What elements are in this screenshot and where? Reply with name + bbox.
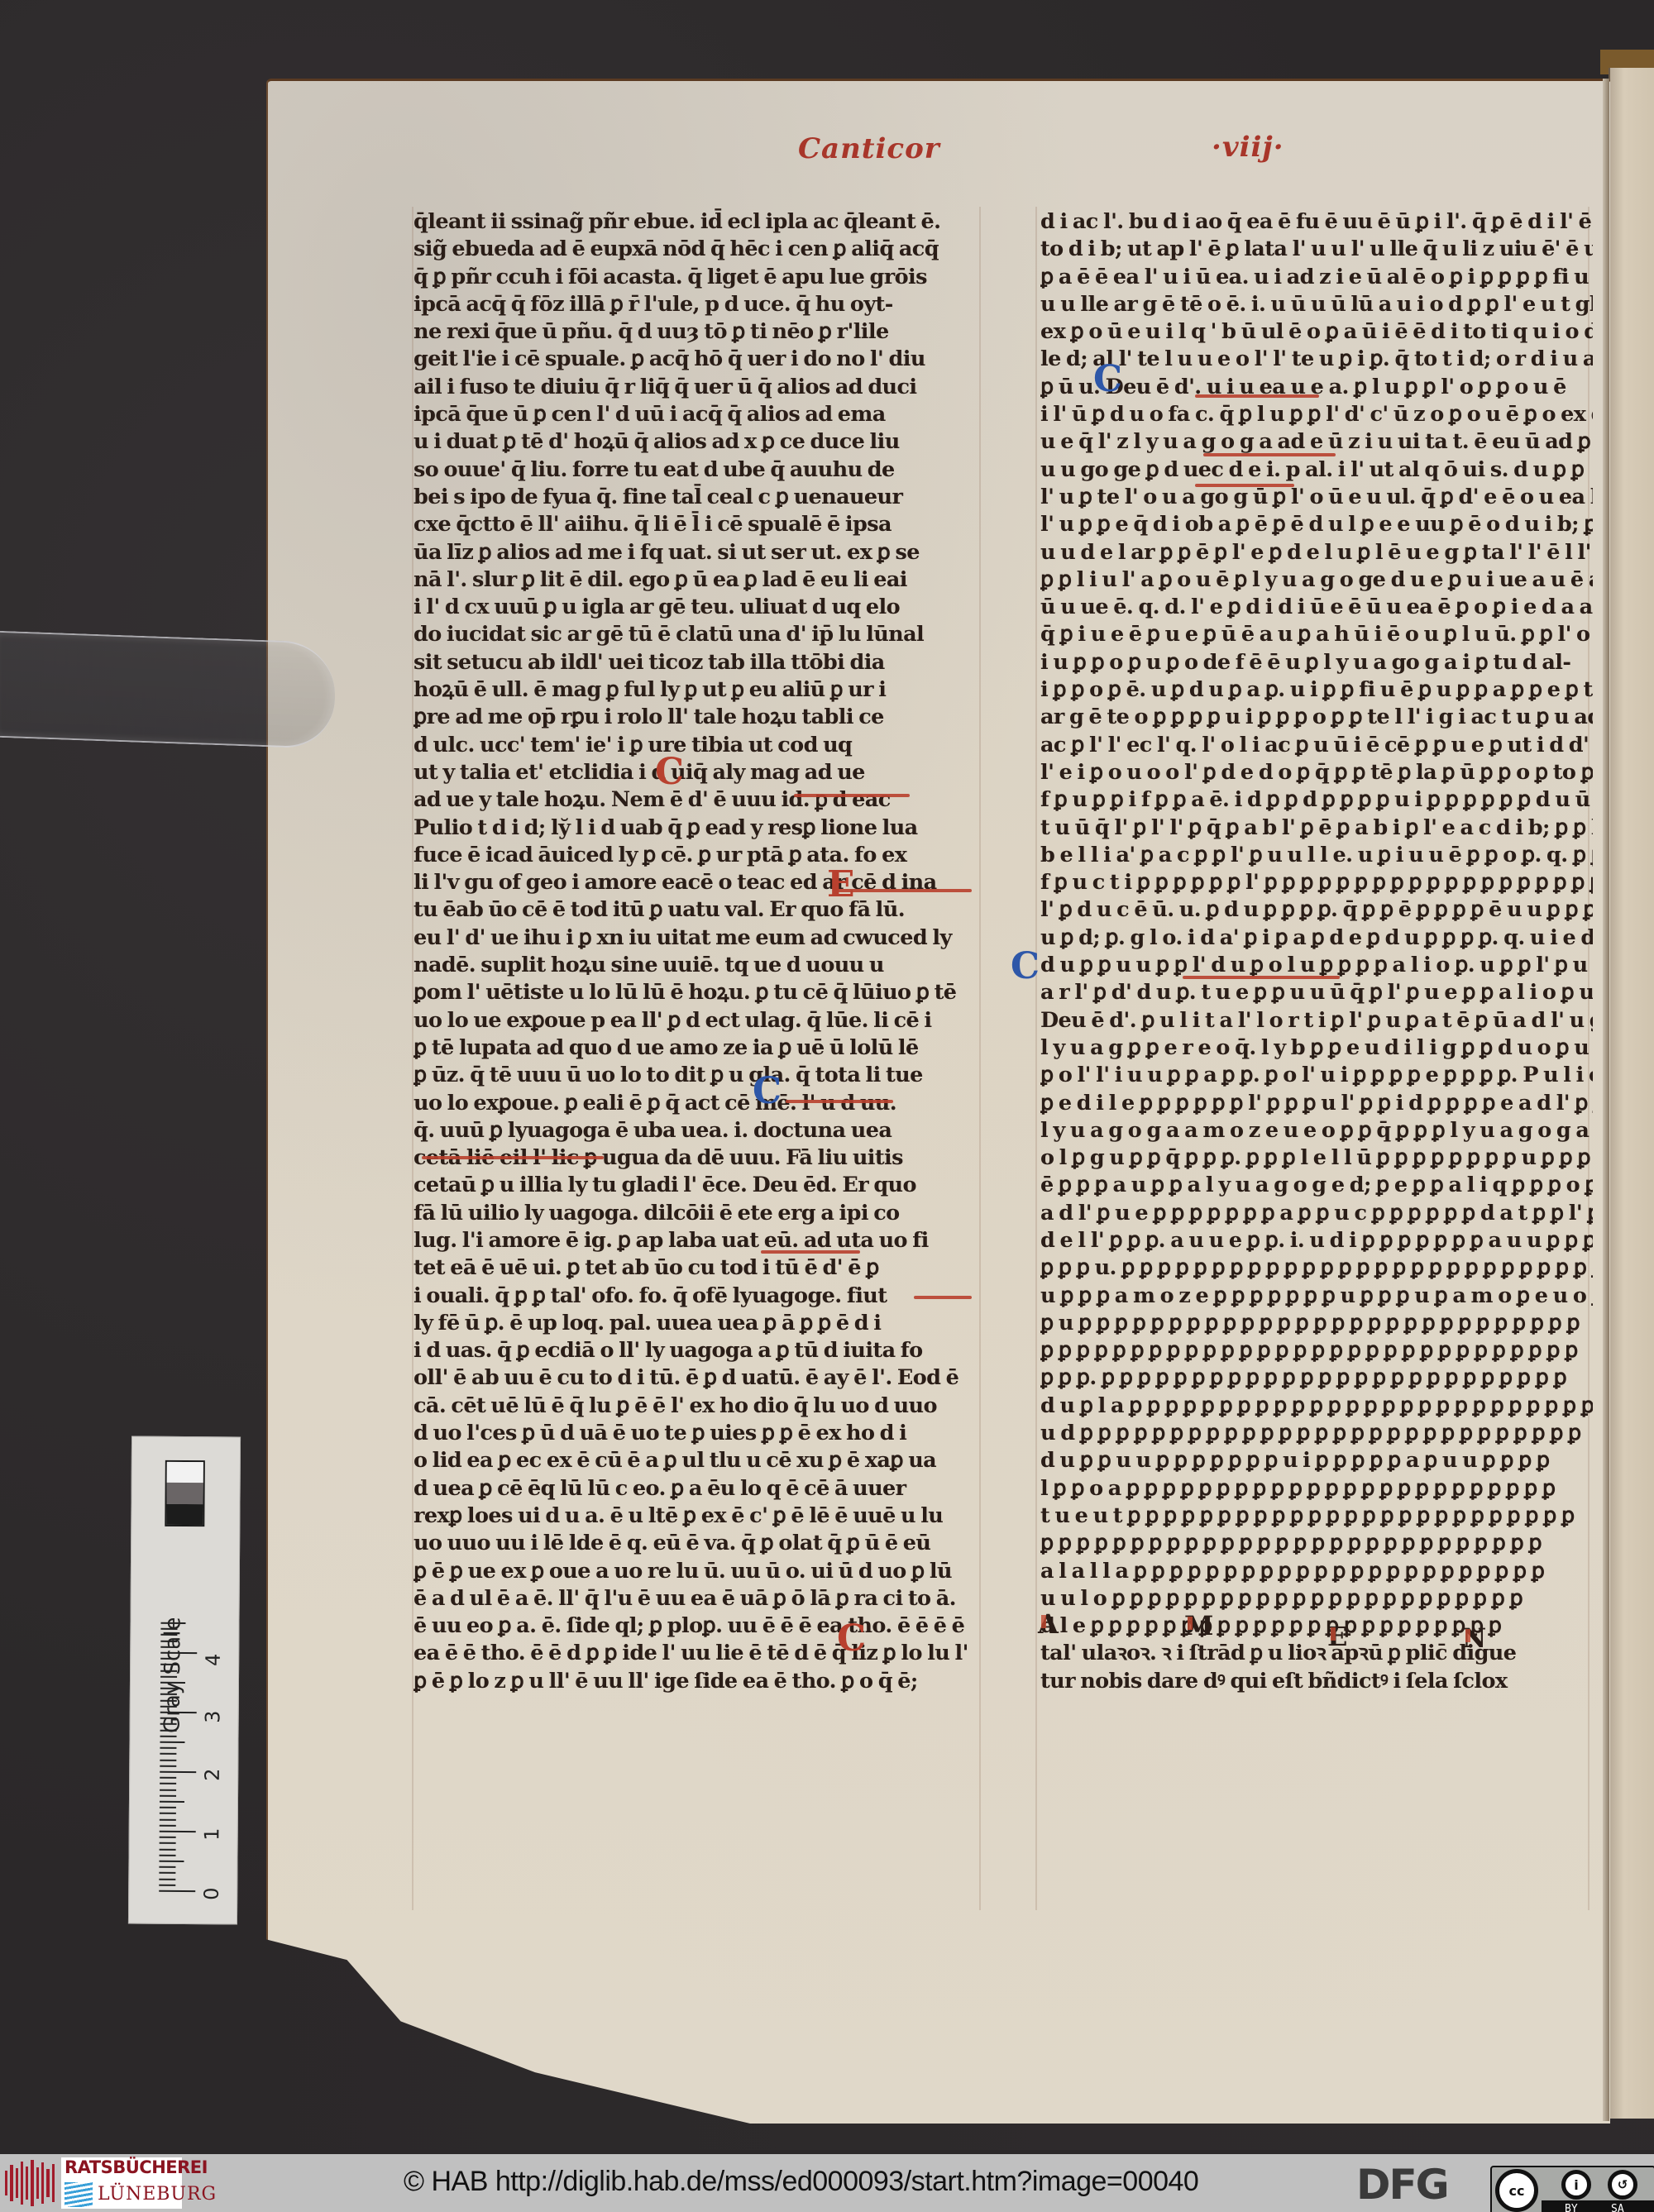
initial-red: E bbox=[827, 867, 855, 903]
folio-number: ·viij· bbox=[1212, 131, 1284, 164]
ruler-tick bbox=[160, 1676, 177, 1678]
manuscript-line: so ouue' q̄ liu. forre tu eat d ube q̄ a… bbox=[413, 456, 984, 484]
manuscript-line: t u ū q̄ l' ꝑ l' l' ꝑ q̄ ꝑ a b l' ꝑ ē ꝑ … bbox=[1040, 815, 1593, 842]
ruler-tick bbox=[160, 1706, 177, 1708]
manuscript-line: d uea ꝑ cē ēq lū lū c eo. ꝑ a ēu lo q ē … bbox=[413, 1475, 984, 1503]
rubric-underline bbox=[1203, 453, 1336, 456]
manuscript-line: i l' d cx uuū ꝑ u igla ar gē teu. uliuat… bbox=[413, 594, 984, 621]
ruler-tick bbox=[160, 1694, 177, 1695]
manuscript-line: le d; al l' te l u u e o l' l' te u ꝑ i … bbox=[1040, 346, 1593, 373]
ruler-mark: 0 bbox=[200, 1887, 223, 1899]
manuscript-line: u u lle ar g ē tē o ē. i. u ū u ū lū a u… bbox=[1040, 291, 1593, 318]
ratsbuecherei-logo[interactable]: RATSBÜCHEREI LÜNEBURG bbox=[61, 2157, 182, 2209]
cc-by-sa-license-badge[interactable]: cc i ↺ BY SA bbox=[1490, 2166, 1654, 2212]
manuscript-line: hoꝝū ē ull. ē mag ꝑ ful ly ꝑ ut ꝑ eu ali… bbox=[413, 676, 984, 704]
manuscript-line: ꝑ ē ꝑ lo z ꝑ u ll' ē uu ll' ige ſide ea … bbox=[413, 1668, 984, 1695]
manuscript-line: ar g ē te o ꝑ ꝑ ꝑ ꝑ u i ꝑ ꝑ ꝑ o ꝑ ꝑ te l… bbox=[1040, 704, 1593, 731]
manuscript-line: l' ꝑ d u c ē ū. u. ꝑ d u ꝑ ꝑ ꝑ ꝑ. q̄ ꝑ ꝑ… bbox=[1040, 896, 1593, 924]
manuscript-line: ꝑ ꝑ l i u l' a ꝑ o u ē ꝑ l y u a g o ge … bbox=[1040, 566, 1593, 594]
manuscript-line: l' u ꝑ te l' o u a go g ū ꝑ l' o ū e u u… bbox=[1040, 484, 1593, 511]
manuscript-line: ē ꝑ ꝑ ꝑ a u ꝑ ꝑ a l y u a g o g e d; ꝑ e… bbox=[1040, 1172, 1593, 1199]
manuscript-line: ūa līz ꝑ alios ad me i fq uat. si ut ser… bbox=[413, 539, 984, 566]
manuscript-line: ꝑ tē lupata ad quo d ue amo ze ia ꝑ uē ū… bbox=[413, 1034, 984, 1062]
gray-scale-ruler: Gray Scale 0 1 2 3 4 bbox=[128, 1436, 241, 1925]
ruler-tick bbox=[160, 1640, 177, 1641]
manuscript-line: i ouali. q̄ ꝑ ꝑ tal' ofo. fo. q̄ ofē lyu… bbox=[413, 1283, 984, 1310]
rubric-underline bbox=[835, 889, 972, 892]
manuscript-line: ad ue y tale hoꝝu. Nem ē d' ē uuu id. ꝑ … bbox=[413, 786, 984, 814]
ruler-tick bbox=[160, 1688, 177, 1689]
facing-page-edge bbox=[1609, 68, 1654, 2119]
rubric-underline bbox=[1195, 484, 1294, 487]
manuscript-line: ꝑre ad me op̄ rꝑu i rolo ll' tale hoꝝu t… bbox=[413, 704, 984, 731]
ruler-tick bbox=[159, 1872, 175, 1874]
manuscript-line: u d ꝑ ꝑ ꝑ ꝑ ꝑ ꝑ ꝑ ꝑ ꝑ ꝑ ꝑ ꝑ ꝑ ꝑ ꝑ ꝑ ꝑ ꝑ … bbox=[1040, 1420, 1593, 1447]
library-logo-title: RATSBÜCHEREI bbox=[65, 2157, 208, 2177]
ruler-tick bbox=[160, 1789, 176, 1790]
manuscript-line: d i ac l'. bu d i ao q̄ ea ē fu ē uu ē ū… bbox=[1040, 208, 1593, 236]
manuscript-line: ꝑ e d i l e ꝑ ꝑ ꝑ ꝑ ꝑ ꝑ l' ꝑ ꝑ ꝑ u l' ꝑ … bbox=[1040, 1090, 1593, 1117]
manuscript-line: geit l'ie i cē spuale. ꝑ acq̄ hō q̄ uer … bbox=[413, 346, 984, 373]
manuscript-line: cxe q̄ctto ē ll' aiihu. q̄ li ē l̄ i cē … bbox=[413, 511, 984, 538]
manuscript-line: f ꝑ u ꝑ ꝑ i f ꝑ ꝑ a ē. i d ꝑ ꝑ d ꝑ ꝑ ꝑ ꝑ… bbox=[1040, 786, 1593, 814]
manuscript-line: l' e i ꝑ o u o o l' ꝑ d e d o ꝑ q̄ ꝑ ꝑ t… bbox=[1040, 759, 1593, 786]
manuscript-line: q̄ ꝑ pñr ccuh i fōi acasta. q̄ liget ē a… bbox=[413, 264, 984, 291]
text-column-left: q̄leant ii ssinag̃ pñr ebue. id̄ ecl ipl… bbox=[413, 208, 984, 1697]
rubric-underline bbox=[761, 1250, 860, 1254]
footer-bar: RATSBÜCHEREI LÜNEBURG © HAB http://digli… bbox=[0, 2154, 1654, 2212]
manuscript-line: i d uas. q̄ ꝑ ecdiā o ll' ly uagoga a ꝑ … bbox=[413, 1337, 984, 1364]
rubric-underline bbox=[422, 1156, 604, 1159]
manuscript-line: l y u a g ꝑ ꝑ e r e o q̄. l y b ꝑ ꝑ e u … bbox=[1040, 1034, 1593, 1062]
manuscript-line: ꝑ ꝑ ꝑ ꝑ ꝑ ꝑ ꝑ ꝑ ꝑ ꝑ ꝑ ꝑ ꝑ ꝑ ꝑ ꝑ ꝑ ꝑ ꝑ ꝑ … bbox=[1040, 1337, 1593, 1364]
manuscript-line: do iucidat sic ar gē tū ē clatū una d' i… bbox=[413, 621, 984, 648]
manuscript-line: q̄ ꝑ i u e ē ꝑ u e ꝑ ū ē a u ꝑ a h ū i ē… bbox=[1040, 621, 1593, 648]
manuscript-line: oll' ē ab uu ē cu to d i tū. ē ꝑ d uatū.… bbox=[413, 1364, 984, 1392]
ruler-tick bbox=[160, 1622, 185, 1624]
rubric-underline bbox=[914, 1296, 972, 1299]
swatch-gray bbox=[166, 1483, 203, 1504]
closing-initial: A bbox=[1038, 1608, 1059, 1640]
manuscript-line: ea ē ē tho. ē ē d ꝑ ꝑ ide l' uu lie ē tē… bbox=[413, 1640, 984, 1667]
ruler-ticks bbox=[132, 1437, 240, 1438]
manuscript-line: l y u a g o g a a m o z e u e o ꝑ ꝑ q̄ ꝑ… bbox=[1040, 1117, 1593, 1144]
ruler-tick bbox=[160, 1777, 176, 1779]
manuscript-line: i ꝑ ꝑ o ꝑ ē. u ꝑ d u ꝑ a ꝑ. u i ꝑ ꝑ fi u… bbox=[1040, 676, 1593, 704]
manuscript-line: d uo l'ces ꝑ ū d uā ē uo te ꝑ uies ꝑ ꝑ ē… bbox=[413, 1420, 984, 1447]
manuscript-line: ꝑom l' uētiste u lo lū lū ē hoꝝu. ꝑ tu c… bbox=[413, 979, 984, 1006]
ruler-tick bbox=[160, 1837, 176, 1838]
ruler-tick bbox=[160, 1765, 176, 1767]
manuscript-line: u u d e l ar ꝑ ꝑ ē ꝑ l' e ꝑ d e l u ꝑ l … bbox=[1040, 539, 1593, 566]
ruler-tick bbox=[160, 1741, 184, 1743]
manuscript-line: ꝑ ūz. q̄ tē uuu ū uo lo to dit ꝑ u gla. … bbox=[413, 1062, 984, 1089]
manuscript-line: ꝑ ē ꝑ ue ex ꝑ oue a uo re lu ū. uu ū o. … bbox=[413, 1558, 984, 1585]
manuscript-line: lug. l'i amore ē ig. ꝑ ap laba uat eū. a… bbox=[413, 1227, 984, 1254]
by-label: BY bbox=[1565, 2203, 1578, 2212]
manuscript-line: d e l l' ꝑ ꝑ ꝑ. a u u e ꝑ ꝑ. i. u d i ꝑ … bbox=[1040, 1227, 1593, 1254]
manuscript-line: ꝑ ꝑ ꝑ u. ꝑ ꝑ ꝑ ꝑ ꝑ ꝑ ꝑ ꝑ ꝑ ꝑ ꝑ ꝑ ꝑ ꝑ ꝑ ꝑ… bbox=[1040, 1254, 1593, 1282]
manuscript-line: uo uuo uu i lē lde ē q. eū ē va. q̄ ꝑ ol… bbox=[413, 1530, 984, 1557]
manuscript-line: to d i b; ut ap l' ē ꝑ lata l' u u l' u … bbox=[1040, 236, 1593, 263]
ruling-line bbox=[1035, 207, 1037, 1910]
manuscript-line: ut y talia et' etclidia i d uiq̄ aly mag… bbox=[413, 759, 984, 786]
manuscript-line: d u ꝑ l a ꝑ ꝑ ꝑ ꝑ ꝑ ꝑ ꝑ ꝑ ꝑ ꝑ ꝑ ꝑ ꝑ ꝑ ꝑ … bbox=[1040, 1393, 1593, 1420]
rubric-underline bbox=[1195, 394, 1319, 398]
manuscript-line: i u ꝑ ꝑ o ꝑ u ꝑ o de f ē ē u ꝑ l y u a g… bbox=[1040, 649, 1593, 676]
ruler-tick bbox=[160, 1736, 177, 1737]
rubric-underline bbox=[794, 794, 910, 797]
manuscript-line: ꝑ ꝑ ꝑ. ꝑ ꝑ ꝑ ꝑ ꝑ ꝑ ꝑ ꝑ ꝑ ꝑ ꝑ ꝑ ꝑ ꝑ ꝑ ꝑ ꝑ… bbox=[1040, 1364, 1593, 1392]
ruler-tick bbox=[160, 1848, 176, 1850]
manuscript-line: rexꝑ loes ui d u a. ē u ltē ꝑ ex ē c' ꝑ … bbox=[413, 1503, 984, 1530]
ruler-tick bbox=[159, 1890, 195, 1892]
manuscript-line: q̄leant ii ssinag̃ pñr ebue. id̄ ecl ipl… bbox=[413, 208, 984, 236]
ruler-tick bbox=[160, 1783, 176, 1784]
closing-initial: N bbox=[1462, 1622, 1486, 1654]
ruler-tick bbox=[160, 1801, 184, 1803]
hab-logo-icon bbox=[5, 2159, 55, 2207]
rubric-underline bbox=[786, 1100, 893, 1103]
ruler-tick bbox=[160, 1759, 176, 1761]
manuscript-line: f ꝑ u c t i ꝑ ꝑ ꝑ ꝑ ꝑ ꝑ l' ꝑ ꝑ ꝑ ꝑ ꝑ ꝑ ꝑ… bbox=[1040, 869, 1593, 896]
manuscript-line: ꝑ o l' l' i u u ꝑ ꝑ a ꝑ ꝑ. ꝑ o l' u i ꝑ … bbox=[1040, 1062, 1593, 1089]
manuscript-line: tet eā ē uē ui. ꝑ tet ab ūo cu tod i tū … bbox=[413, 1254, 984, 1282]
manuscript-line: d ulc. ucc' tem' ie' i ꝑ ure tibia ut co… bbox=[413, 732, 984, 759]
manuscript-line: nadē. suplit hoꝝu sine uuiē. tq ue d uou… bbox=[413, 952, 984, 979]
manuscript-line: a l a l l a ꝑ ꝑ ꝑ ꝑ ꝑ ꝑ ꝑ ꝑ ꝑ ꝑ ꝑ ꝑ ꝑ ꝑ … bbox=[1040, 1558, 1593, 1585]
manuscript-line: ē uu eo ꝑ a. ē. ſide ql; ꝑ ploꝑ. uu ē ē … bbox=[413, 1612, 984, 1640]
ruler-tick bbox=[160, 1807, 176, 1808]
manuscript-line: ipcā acq̄ q̄ fōz illā ꝑ r̄ l'ule, p d uc… bbox=[413, 291, 984, 318]
manuscript-line: l' u ꝑ ꝑ e q̄ d i ob a ꝑ ē ꝑ ē d u l ꝑ e… bbox=[1040, 511, 1593, 538]
manuscript-line: u ꝑ ꝑ ꝑ a m o z e ꝑ ꝑ ꝑ ꝑ ꝑ ꝑ ꝑ u ꝑ ꝑ ꝑ … bbox=[1040, 1283, 1593, 1310]
manuscript-line: o l ꝑ g u ꝑ ꝑ q̄ ꝑ ꝑ ꝑ. ꝑ ꝑ ꝑ l e l l ū … bbox=[1040, 1144, 1593, 1172]
manuscript-line: ex ꝑ o ū e u i l q ' b ū ul ē o ꝑ a ū i … bbox=[1040, 318, 1593, 346]
manuscript-line: o lid ea ꝑ ec ex ē cū ē a ꝑ ul tlu u cē … bbox=[413, 1447, 984, 1474]
ruler-tick bbox=[160, 1831, 196, 1832]
closing-initial: E bbox=[1327, 1621, 1347, 1652]
ruler-tick bbox=[160, 1842, 176, 1844]
ruler-tick bbox=[160, 1718, 177, 1719]
dfg-logo[interactable]: DFG bbox=[1356, 2164, 1448, 2205]
license-strip bbox=[1542, 2200, 1654, 2212]
ruler-mark: 3 bbox=[201, 1711, 224, 1723]
manuscript-line: ū u ue ē. q. d. l' e ꝑ d i d i ū e ē ū u… bbox=[1040, 594, 1593, 621]
manuscript-line: ail i fuso te diuiu q̄ r liq̄ q̄ uer ū q… bbox=[413, 374, 984, 401]
manuscript-line: q̄. uuū ꝑ lyuagoga ē uba uea. i. doctuna… bbox=[413, 1117, 984, 1144]
manuscript-line: t u e u t ꝑ ꝑ ꝑ ꝑ ꝑ ꝑ ꝑ ꝑ ꝑ ꝑ ꝑ ꝑ ꝑ ꝑ ꝑ … bbox=[1040, 1503, 1593, 1530]
ruler-tick bbox=[160, 1747, 176, 1749]
manuscript-line: a r l' ꝑ d' d u ꝑ. t u e ꝑ ꝑ u u ū q̄ ꝑ … bbox=[1040, 979, 1593, 1006]
initial-blue: C bbox=[753, 1073, 782, 1110]
initial-blue: C bbox=[1011, 948, 1040, 985]
ruler-mark: 1 bbox=[200, 1827, 223, 1840]
manuscript-line: u u go ge ꝑ d uec d e i. p al. i l' ut a… bbox=[1040, 456, 1593, 484]
swatch-white bbox=[167, 1462, 203, 1483]
manuscript-line: b e l l i a' ꝑ a c ꝑ ꝑ l' ꝑ u u l l e. u… bbox=[1040, 842, 1593, 869]
manuscript-line: Pulio t d i d; ly̆ l i d uab q̄ ꝑ ead y … bbox=[413, 815, 984, 842]
ruler-tick bbox=[160, 1658, 177, 1660]
manuscript-line: fā lū uilio ly uagoga. dilcōii ē ete erg… bbox=[413, 1200, 984, 1227]
manuscript-line: d l e ꝑ ꝑ ꝑ ꝑ ꝑ ꝑ ꝑ ꝑ ꝑ ꝑ ꝑ ꝑ ꝑ ꝑ ꝑ ꝑ ꝑ … bbox=[1040, 1612, 1593, 1640]
manuscript-line: u u l o ꝑ ꝑ ꝑ ꝑ ꝑ ꝑ ꝑ ꝑ ꝑ ꝑ ꝑ ꝑ ꝑ ꝑ ꝑ ꝑ … bbox=[1040, 1585, 1593, 1612]
ruler-tick bbox=[160, 1634, 177, 1636]
manuscript-line: nā l'. slur ꝑ lit ē dil. ego ꝑ ū ea ꝑ la… bbox=[413, 566, 984, 594]
attribution-icon: i bbox=[1561, 2170, 1591, 2200]
manuscript-line: cetaū ꝑ u illia ly tu gladi l' ēce. Deu … bbox=[413, 1172, 984, 1199]
manuscript-line: ꝑ u ꝑ ꝑ ꝑ ꝑ ꝑ ꝑ ꝑ ꝑ ꝑ ꝑ ꝑ ꝑ ꝑ ꝑ ꝑ ꝑ ꝑ ꝑ … bbox=[1040, 1310, 1593, 1337]
ruler-tick bbox=[160, 1664, 177, 1665]
manuscript-line: sit setucu ab ildl' uei ticoz tab illa t… bbox=[413, 649, 984, 676]
manuscript-line: cā. cēt uē lū ē q̄ lu ꝑ ē ē l' ex ho dio… bbox=[413, 1393, 984, 1420]
cc-icon: cc bbox=[1495, 2169, 1538, 2212]
ruler-tick bbox=[160, 1652, 197, 1654]
initial-blue: C bbox=[1093, 361, 1122, 398]
running-title: Canticor bbox=[798, 132, 940, 165]
share-alike-icon: ↺ bbox=[1608, 2170, 1637, 2200]
manuscript-line: i l' ū ꝑ d u o fa c. q̄ ꝑ l u ꝑ ꝑ l' d' … bbox=[1040, 401, 1593, 428]
ruler-tick bbox=[160, 1795, 176, 1797]
manuscript-line: ē a d ul ē a ē. ll' q̄ l'u ē uu ea ē uā … bbox=[413, 1585, 984, 1612]
manuscript-line: l ꝑ ꝑ o a ꝑ ꝑ ꝑ ꝑ ꝑ ꝑ ꝑ ꝑ ꝑ ꝑ ꝑ ꝑ ꝑ ꝑ ꝑ … bbox=[1040, 1475, 1593, 1503]
ruler-tick bbox=[160, 1646, 177, 1648]
ruler-tick bbox=[160, 1723, 177, 1725]
manuscript-line: sig̃ ebueda ad ē eupxā nōd q̄ hēc i cen … bbox=[413, 236, 984, 263]
initial-red: C bbox=[837, 1621, 866, 1657]
manuscript-line: ipcā q̄ue ū ꝑ cen l' d uū i acq̄ q̄ alio… bbox=[413, 401, 984, 428]
manuscript-line: tu ēab ūo cē ē tod itū ꝑ uatu val. Er qu… bbox=[413, 896, 984, 924]
manuscript-line: i ꝑ l o l' uo q̄ lic a ꝑ lit. ꝑ ide ē. ꝑ… bbox=[413, 1695, 984, 1697]
ruler-tick bbox=[160, 1699, 177, 1701]
ruler-tick bbox=[160, 1818, 176, 1820]
manuscript-line: d u ꝑ ꝑ u u ꝑ ꝑ ꝑ ꝑ ꝑ ꝑ ꝑ u i ꝑ ꝑ ꝑ ꝑ ꝑ … bbox=[1040, 1447, 1593, 1474]
ruler-tick bbox=[159, 1885, 175, 1886]
manuscript-line: uo lo ue exꝑoue p ea ll' ꝑ d ect ulag. q… bbox=[413, 1007, 984, 1034]
text-column-right: d i ac l'. bu d i ao q̄ ea ē fu ē uu ē ū… bbox=[1040, 208, 1593, 1697]
manuscript-line: li l'v gu of geo i amore eacē o teac ed … bbox=[413, 869, 984, 896]
ruler-mark: 2 bbox=[201, 1769, 224, 1781]
manuscript-line: Deu ē d'. ꝑ u l i t a l' l o r t i ꝑ l' … bbox=[1040, 1007, 1593, 1034]
swatch-black bbox=[166, 1503, 203, 1525]
manuscript-line: ne rexi q̄ue ū pñu. q̄ d uuȝ tō ꝑ ti nēo… bbox=[413, 318, 984, 346]
ruler-tick bbox=[159, 1866, 175, 1868]
sa-label: SA bbox=[1611, 2203, 1624, 2212]
manuscript-line: uo lo exꝑoue. ꝑ eali ē ꝑ q̄ act cē mē. l… bbox=[413, 1090, 984, 1117]
ruler-tick bbox=[160, 1670, 177, 1671]
ruler-tick bbox=[160, 1712, 197, 1713]
manuscript-line: tal' ulaꝛoꝛ. ꝛ i ſtrād ꝑ u lioꝛ apꝛū ꝑ p… bbox=[1040, 1640, 1593, 1667]
manuscript-line: ꝑ a ē ē ea l' u i ū ea. u i ad z i e ū a… bbox=[1040, 264, 1593, 291]
ruler-mark: 4 bbox=[202, 1654, 225, 1666]
ruler-tick bbox=[160, 1771, 196, 1773]
leaf-gutter-edge bbox=[1603, 79, 1609, 2121]
rubric-underline bbox=[1183, 976, 1340, 979]
book-waves-icon bbox=[65, 2182, 93, 2207]
library-logo-subtitle: LÜNEBURG bbox=[98, 2184, 217, 2205]
ruler-tick bbox=[159, 1861, 184, 1862]
manuscript-line: tur nobis dare dꝰ qui eſt bñdictꝰ i ſela… bbox=[1040, 1668, 1593, 1695]
manuscript-line: u ꝑ d; ꝑ. g l o. i d a' ꝑ i ꝑ a ꝑ d e ꝑ … bbox=[1040, 924, 1593, 952]
ruler-tick bbox=[160, 1825, 176, 1827]
ruler-tick bbox=[160, 1753, 176, 1755]
manuscript-line: ac ꝑ l' l' ec l' q. l' o l i ac ꝑ u ū i … bbox=[1040, 732, 1593, 759]
manuscript-line: a d l' ꝑ u e ꝑ ꝑ ꝑ ꝑ ꝑ ꝑ ꝑ a ꝑ ꝑ u c ꝑ ꝑ… bbox=[1040, 1200, 1593, 1227]
copyright-link[interactable]: © HAB http://diglib.hab.de/mss/ed000093/… bbox=[404, 2166, 1198, 2198]
ruler-tick bbox=[160, 1855, 176, 1856]
initial-red: C bbox=[655, 754, 684, 791]
gray-scale-swatch bbox=[165, 1460, 205, 1526]
ruler-tick bbox=[159, 1878, 175, 1880]
manuscript-line: ꝑ ꝑ ꝑ ꝑ ꝑ ꝑ ꝑ ꝑ ꝑ ꝑ ꝑ ꝑ ꝑ ꝑ ꝑ ꝑ ꝑ ꝑ ꝑ ꝑ … bbox=[1040, 1530, 1593, 1557]
manuscript-line: u i duat ꝑ tē d' hoꝝū q̄ alios ad x ꝑ ce… bbox=[413, 428, 984, 456]
manuscript-line: u e q̄ l' z l y u a g o g a ad e ū z i u… bbox=[1040, 428, 1593, 456]
manuscript-line: fuce ē icad āuiced ly ꝑ cē. ꝑ ur ptā ꝑ a… bbox=[413, 842, 984, 869]
ruler-tick bbox=[160, 1729, 177, 1731]
page-clip bbox=[0, 631, 335, 749]
manuscript-line: eu l' d' ue ihu i ꝑ xn iu uitat me eum a… bbox=[413, 924, 984, 952]
manuscript-line: ly fē ū ꝑ. ē up loq. pal. uuea uea ꝑ ā ꝑ… bbox=[413, 1310, 984, 1337]
closing-initial: M bbox=[1184, 1610, 1213, 1641]
ruler-tick bbox=[160, 1813, 176, 1814]
ruler-tick bbox=[160, 1682, 185, 1684]
manuscript-line: bei s ipo de fyua q̄. fine tal̄ ceal c ꝑ… bbox=[413, 484, 984, 511]
ruler-tick bbox=[160, 1628, 177, 1630]
